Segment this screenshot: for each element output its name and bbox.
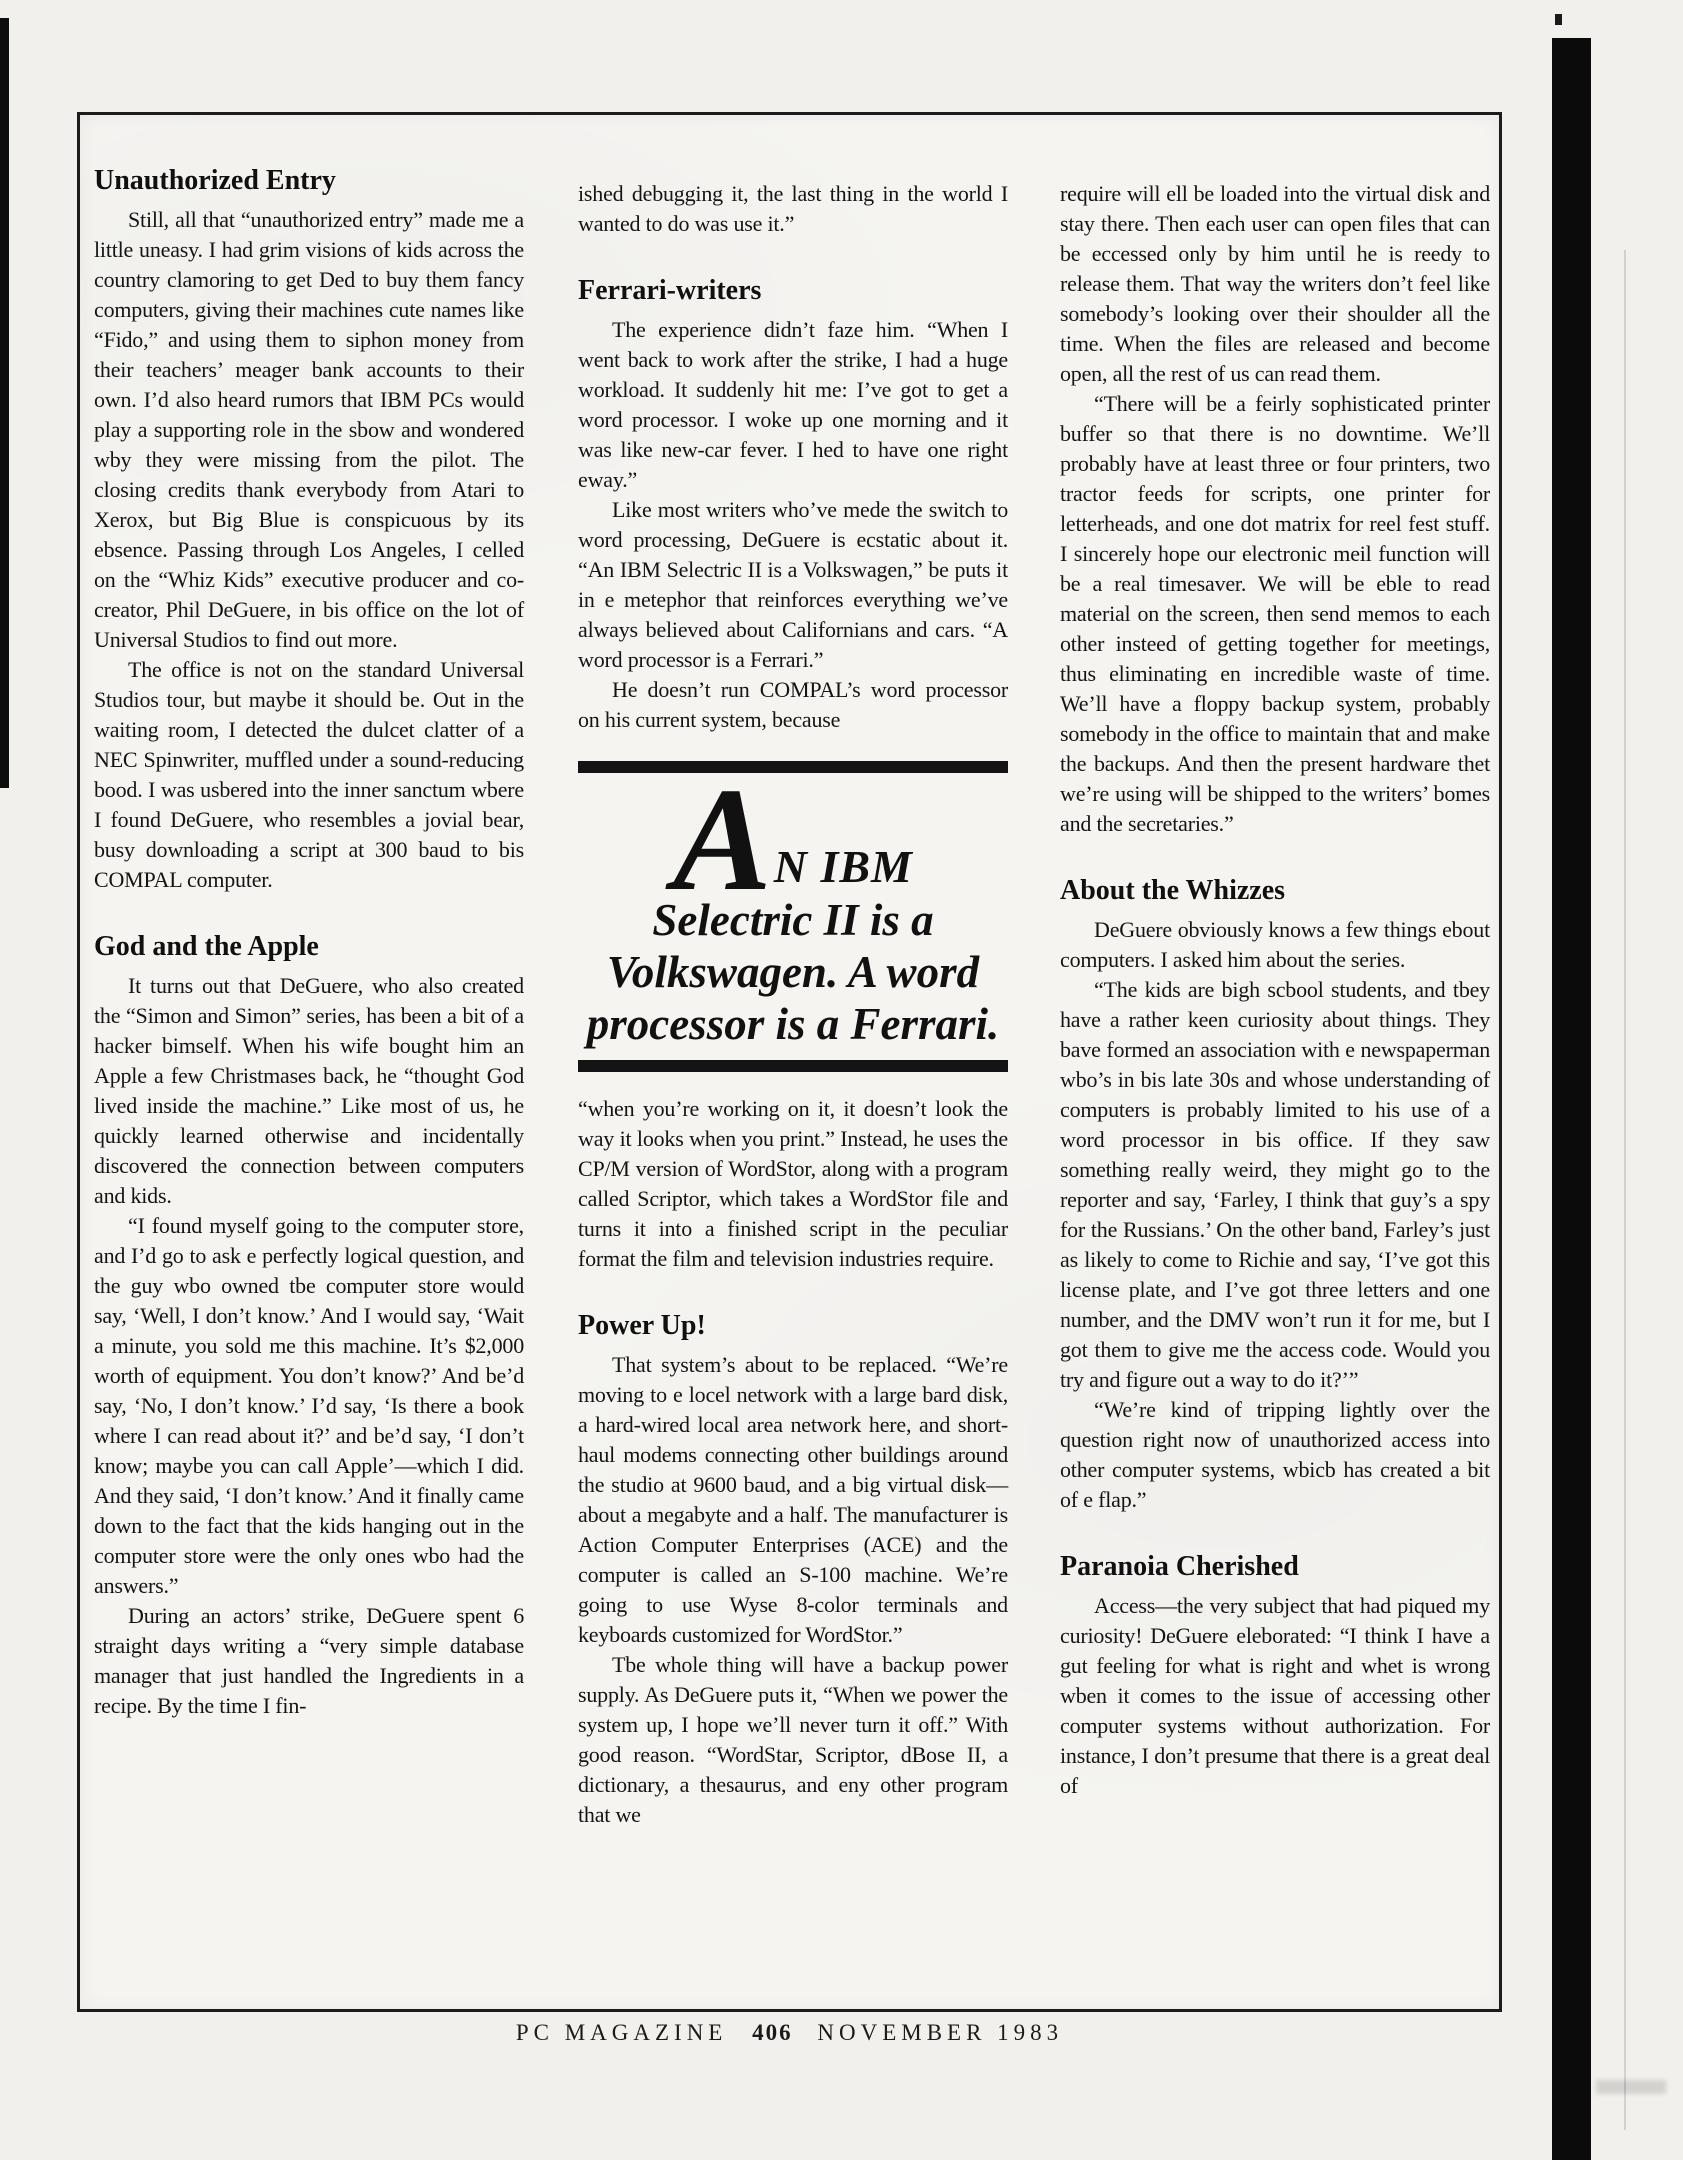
paragraph: During an actors’ strike, DeGuere spent …: [94, 1601, 524, 1721]
paragraph: “We’re kind of tripping lightly over the…: [1060, 1395, 1490, 1515]
section-heading-paranoia-cherished: Paranoia Cherished: [1060, 1551, 1490, 1583]
footer-page-number: 406: [752, 2020, 793, 2045]
paragraph: The experience didn’t faze him. “When I …: [578, 315, 1008, 495]
footer-magazine-name: PC MAGAZINE: [516, 2020, 728, 2045]
paragraph: “The kids are bigh scbool students, and …: [1060, 975, 1490, 1395]
pull-quote: A N IBM Selectric II is a Volkswagen. A …: [578, 761, 1008, 1072]
article-page-frame: Unauthorized Entry Still, all that “unau…: [77, 112, 1502, 2012]
paragraph: Still, all that “unauthorized entry” mad…: [94, 205, 524, 655]
article-column-1: Unauthorized Entry Still, all that “unau…: [94, 165, 524, 1721]
section-heading-power-up: Power Up!: [578, 1310, 1008, 1342]
footer-issue-date: NOVEMBER 1983: [817, 2020, 1063, 2045]
pull-quote-bottom-rule: [578, 1060, 1008, 1072]
scan-artifact-right-strip: [1552, 38, 1591, 2160]
paragraph: Access—the very subject that had piqued …: [1060, 1591, 1490, 1801]
paragraph: Like most writers who’ve mede the switch…: [578, 495, 1008, 675]
section-heading-god-and-the-apple: God and the Apple: [94, 931, 524, 963]
pull-quote-body: A N IBM Selectric II is a Volkswagen. A …: [578, 773, 1008, 1060]
paragraph: “when you’re working on it, it doesn’t l…: [578, 1094, 1008, 1274]
paragraph: “I found myself going to the computer st…: [94, 1211, 524, 1601]
pull-quote-lead-text: N IBM: [774, 844, 913, 894]
pull-quote-lead: A N IBM: [578, 787, 1008, 894]
scanned-magazine-page: { "columns": { "col1": { "heading1": "Un…: [0, 0, 1683, 2160]
scan-artifact-smudge: [1596, 2080, 1666, 2094]
paragraph: That system’s about to be replaced. “We’…: [578, 1350, 1008, 1650]
section-heading-unauthorized-entry: Unauthorized Entry: [94, 165, 524, 197]
paragraph: “There will be a feirly sophisticated pr…: [1060, 389, 1490, 839]
article-column-3: require will ell be loaded into the virt…: [1060, 179, 1490, 1801]
pull-quote-line: Volkswagen. A word: [578, 946, 1008, 998]
paragraph: It turns out that DeGuere, who also crea…: [94, 971, 524, 1211]
scan-artifact-dot: [1555, 14, 1562, 25]
pull-quote-line: Selectric II is a: [578, 894, 1008, 946]
drop-cap: A: [673, 787, 774, 894]
paragraph: Tbe whole thing will have a backup power…: [578, 1650, 1008, 1830]
paragraph: ished debugging it, the last thing in th…: [578, 179, 1008, 239]
paragraph: require will ell be loaded into the virt…: [1060, 179, 1490, 389]
paragraph: The office is not on the standard Univer…: [94, 655, 524, 895]
scan-artifact-left-bar: [0, 18, 9, 788]
article-column-2: ished debugging it, the last thing in th…: [578, 179, 1008, 1830]
section-heading-ferrari-writers: Ferrari-writers: [578, 275, 1008, 307]
paragraph: DeGuere obviously knows a few things ebo…: [1060, 915, 1490, 975]
pull-quote-top-rule: [578, 761, 1008, 773]
scan-artifact-hairline: [1624, 250, 1626, 2130]
paragraph: He doesn’t run COMPAL’s word processor o…: [578, 675, 1008, 735]
pull-quote-line: processor is a Ferrari.: [578, 998, 1008, 1050]
page-footer: PC MAGAZINE 406 NOVEMBER 1983: [77, 2020, 1502, 2046]
section-heading-about-the-whizzes: About the Whizzes: [1060, 875, 1490, 907]
